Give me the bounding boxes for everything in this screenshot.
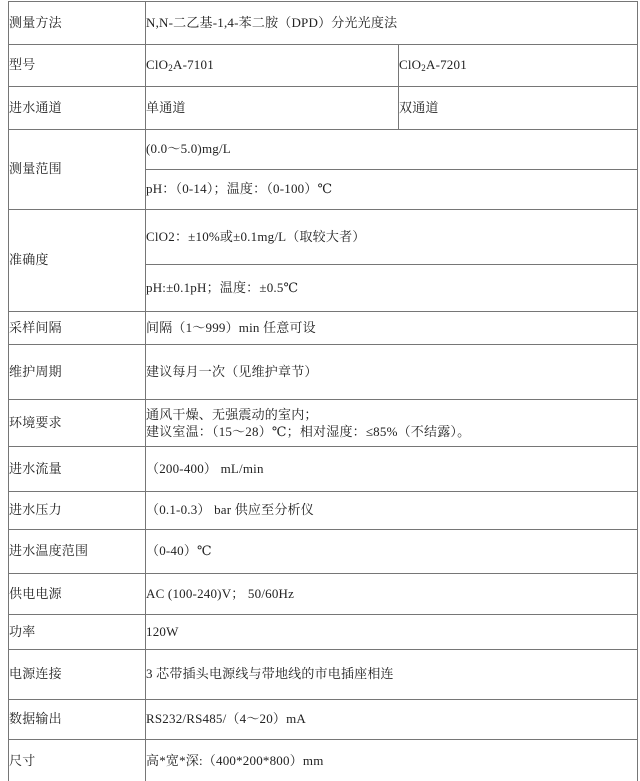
value-data-output: RS232/RS485/（4～20）mA — [146, 700, 638, 740]
row-inlet-channel: 进水通道 单通道 双通道 — [9, 87, 638, 130]
row-model: 型号 ClO2A-7101 ClO2A-7201 — [9, 45, 638, 87]
row-inlet-pressure: 进水压力 （0.1-0.3） bar 供应至分析仪 — [9, 492, 638, 530]
label-dimensions: 尺寸 — [9, 740, 146, 781]
value-range-ph-temp: pH：（0-14）；温度：（0-100）℃ — [146, 170, 638, 210]
label-measuring-range: 测量范围 — [9, 130, 146, 210]
label-accuracy: 准确度 — [9, 210, 146, 312]
label-inlet-channel: 进水通道 — [9, 87, 146, 130]
spec-table: 测量方法 N,N-二乙基-1,4-苯二胺（DPD）分光光度法 型号 ClO2A-… — [8, 1, 638, 781]
value-inlet-flow: （200-400） mL/min — [146, 447, 638, 492]
label-inlet-temperature-range: 进水温度范围 — [9, 530, 146, 574]
label-power: 功率 — [9, 615, 146, 650]
row-inlet-temperature-range: 进水温度范围 （0-40）℃ — [9, 530, 638, 574]
value-power: 120W — [146, 615, 638, 650]
value-power-connection: 3 芯带插头电源线与带地线的市电插座相连 — [146, 650, 638, 700]
label-power-supply: 供电电源 — [9, 574, 146, 615]
model-single-suffix: A-7101 — [173, 57, 214, 72]
row-environment-requirements: 环境要求 通风干燥、无强震动的室内； 建议室温：（15～28）℃；相对湿度：≤8… — [9, 400, 638, 447]
value-environment-requirements: 通风干燥、无强震动的室内； 建议室温：（15～28）℃；相对湿度：≤85%（不结… — [146, 400, 638, 447]
label-maintenance-cycle: 维护周期 — [9, 345, 146, 400]
environment-line-1: 通风干燥、无强震动的室内； — [146, 406, 637, 423]
model-single-prefix: ClO — [146, 57, 168, 72]
label-measurement-method: 测量方法 — [9, 2, 146, 45]
value-inlet-channel-dual: 双通道 — [399, 87, 638, 130]
label-sampling-interval: 采样间隔 — [9, 312, 146, 345]
row-measurement-method: 测量方法 N,N-二乙基-1,4-苯二胺（DPD）分光光度法 — [9, 2, 638, 45]
value-inlet-channel-single: 单通道 — [146, 87, 399, 130]
row-power-supply: 供电电源 AC (100-240)V； 50/60Hz — [9, 574, 638, 615]
model-dual-suffix: A-7201 — [426, 57, 467, 72]
value-accuracy-ph-temp: pH:±0.1pH；温度：±0.5℃ — [146, 265, 638, 312]
row-measuring-range-1: 测量范围 (0.0～5.0)mg/L — [9, 130, 638, 170]
row-sampling-interval: 采样间隔 间隔（1～999）min 任意可设 — [9, 312, 638, 345]
label-model: 型号 — [9, 45, 146, 87]
row-power: 功率 120W — [9, 615, 638, 650]
row-accuracy-1: 准确度 ClO2：±10%或±0.1mg/L（取较大者） — [9, 210, 638, 265]
value-measurement-method: N,N-二乙基-1,4-苯二胺（DPD）分光光度法 — [146, 2, 638, 45]
value-power-supply: AC (100-240)V； 50/60Hz — [146, 574, 638, 615]
value-dimensions: 高*宽*深:（400*200*800）mm — [146, 740, 638, 781]
label-inlet-flow: 进水流量 — [9, 447, 146, 492]
environment-line-2: 建议室温：（15～28）℃；相对湿度：≤85%（不结露）。 — [146, 423, 637, 440]
label-inlet-pressure: 进水压力 — [9, 492, 146, 530]
value-model-dual: ClO2A-7201 — [399, 45, 638, 87]
value-inlet-pressure: （0.1-0.3） bar 供应至分析仪 — [146, 492, 638, 530]
value-inlet-temperature-range: （0-40）℃ — [146, 530, 638, 574]
value-range-clo2: (0.0～5.0)mg/L — [146, 130, 638, 170]
row-dimensions: 尺寸 高*宽*深:（400*200*800）mm — [9, 740, 638, 781]
label-environment-requirements: 环境要求 — [9, 400, 146, 447]
row-data-output: 数据输出 RS232/RS485/（4～20）mA — [9, 700, 638, 740]
label-power-connection: 电源连接 — [9, 650, 146, 700]
value-sampling-interval: 间隔（1～999）min 任意可设 — [146, 312, 638, 345]
value-maintenance-cycle: 建议每月一次（见维护章节） — [146, 345, 638, 400]
value-model-single: ClO2A-7101 — [146, 45, 399, 87]
row-maintenance-cycle: 维护周期 建议每月一次（见维护章节） — [9, 345, 638, 400]
spec-sheet-page: 测量方法 N,N-二乙基-1,4-苯二胺（DPD）分光光度法 型号 ClO2A-… — [0, 0, 640, 781]
row-power-connection: 电源连接 3 芯带插头电源线与带地线的市电插座相连 — [9, 650, 638, 700]
model-dual-prefix: ClO — [399, 57, 421, 72]
row-inlet-flow: 进水流量 （200-400） mL/min — [9, 447, 638, 492]
value-accuracy-clo2: ClO2：±10%或±0.1mg/L（取较大者） — [146, 210, 638, 265]
label-data-output: 数据输出 — [9, 700, 146, 740]
